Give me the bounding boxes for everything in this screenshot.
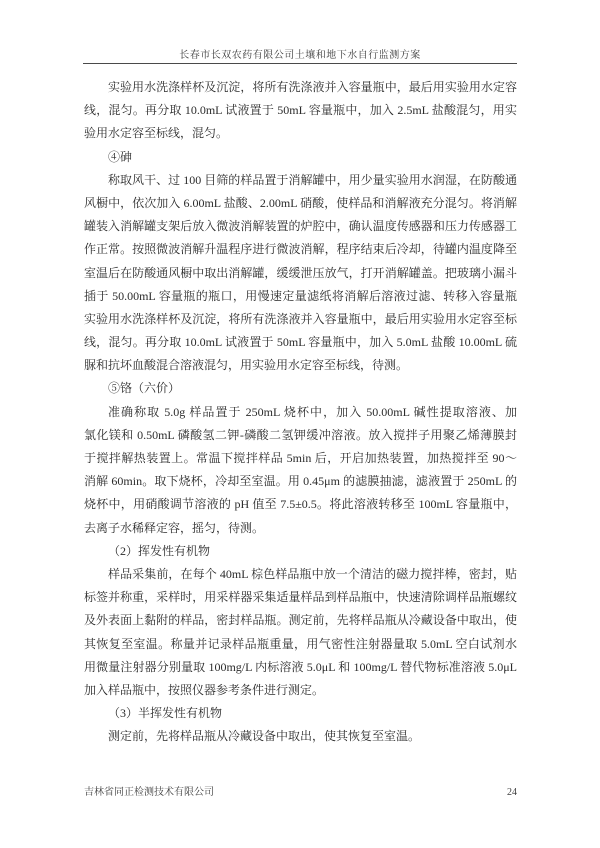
footer-page-number: 24 (507, 787, 517, 798)
section-heading: （3）半挥发性有机物 (84, 702, 517, 725)
text-line: 烧杯中，用硝酸调节溶液的 pH 值至 7.5±0.5。将此溶液转移至 100mL… (84, 493, 517, 516)
text-line: 氯化镁和 0.50mL 磷酸氢二钾-磷酸二氢钾缓冲溶液。放入搅拌子用聚乙烯薄膜封… (84, 424, 517, 447)
text-line: 去离子水稀释定容，摇匀，待测。 (84, 517, 517, 540)
section-heading: （2）挥发性有机物 (84, 540, 517, 563)
text-line: 消解 60min。取下烧杯，冷却至室温。用 0.45μm 的滤膜抽滤，滤液置于 … (84, 470, 517, 493)
text-line: 用微量注射器分别量取 100mg/L 内标溶液 5.0μL 和 100mg/L … (84, 656, 517, 679)
text-line: 称取风干、过 100 目筛的样品置于消解罐中，用少量实验用水润湿，在防酸通 (84, 169, 517, 192)
text-line: 样品采集前，在每个 40mL 棕色样品瓶中放一个清洁的磁力搅拌棒，密封，贴 (84, 563, 517, 586)
text-line: 脲和抗坏血酸混合溶液混匀，用实验用水定容至标线，待测。 (84, 354, 517, 377)
text-line: 线，混匀。再分取 10.0mL 试液置于 50mL 容量瓶中，加入 5.0mL … (84, 331, 517, 354)
text-line: 标签并称重，采样时，用采样器采集适量样品到样品瓶中，快速清除调样品瓶螺纹 (84, 586, 517, 609)
text-line: 其恢复至室温。称量并记录样品瓶重量，用气密性注射器量取 5.0mL 空白试剂水中… (84, 633, 517, 656)
text-line: 实验用水洗涤样杯及沉淀，将所有洗涤液并入容量瓶中，最后用实验用水定容至标 (84, 308, 517, 331)
header-rule (83, 63, 517, 64)
text-line: 线，混匀。再分取 10.0mL 试液置于 50mL 容量瓶中，加入 2.5mL … (84, 99, 517, 122)
text-line: 及外表面上黏附的样品，密封样品瓶。测定前，先将样品瓶从冷藏设备中取出，使 (84, 609, 517, 632)
page-header-title: 长春市长双农药有限公司土壤和地下水自行监测方案 (0, 46, 600, 61)
text-line: 作正常。按照微波消解升温程序进行微波消解，程序结束后冷却，待罐内温度降至 (84, 238, 517, 261)
page-footer: 吉林省同正检测技术有限公司 24 (84, 783, 517, 798)
text-line: 插于 50.00mL 容量瓶的瓶口，用慢速定量滤纸将消解后溶液过滤、转移入容量瓶… (84, 285, 517, 308)
text-line: 准确称取 5.0g 样品置于 250mL 烧杯中，加入 50.00mL 碱性提取… (84, 401, 517, 424)
text-line: 测定前，先将样品瓶从冷藏设备中取出，使其恢复至室温。 (84, 725, 517, 748)
text-line: 风橱中，依次加入 6.00mL 盐酸、2.00mL 硝酸，使样品和消解液充分混匀… (84, 192, 517, 215)
text-line: 验用水定容至标线，混匀。 (84, 122, 517, 145)
section-heading: ⑤铬（六价） (84, 377, 517, 400)
footer-company: 吉林省同正检测技术有限公司 (84, 783, 214, 798)
document-body: 实验用水洗涤样杯及沉淀，将所有洗涤液并入容量瓶中，最后用实验用水定容至标线，混匀… (84, 76, 517, 748)
document-page: 长春市长双农药有限公司土壤和地下水自行监测方案 实验用水洗涤样杯及沉淀，将所有洗… (0, 0, 600, 848)
text-line: 加入样品瓶中，按照仪器参考条件进行测定。 (84, 679, 517, 702)
section-heading: ④砷 (84, 146, 517, 169)
text-line: 实验用水洗涤样杯及沉淀，将所有洗涤液并入容量瓶中，最后用实验用水定容至标 (84, 76, 517, 99)
text-line: 室温后在防酸通风橱中取出消解罐，缓缓泄压放气，打开消解罐盖。把玻璃小漏斗 (84, 262, 517, 285)
text-line: 于搅拌解热装置上。常温下搅拌样品 5min 后，开启加热装置，加热搅拌至 90～… (84, 447, 517, 470)
text-line: 罐装入消解罐支架后放入微波消解装置的炉腔中，确认温度传感器和压力传感器工 (84, 215, 517, 238)
